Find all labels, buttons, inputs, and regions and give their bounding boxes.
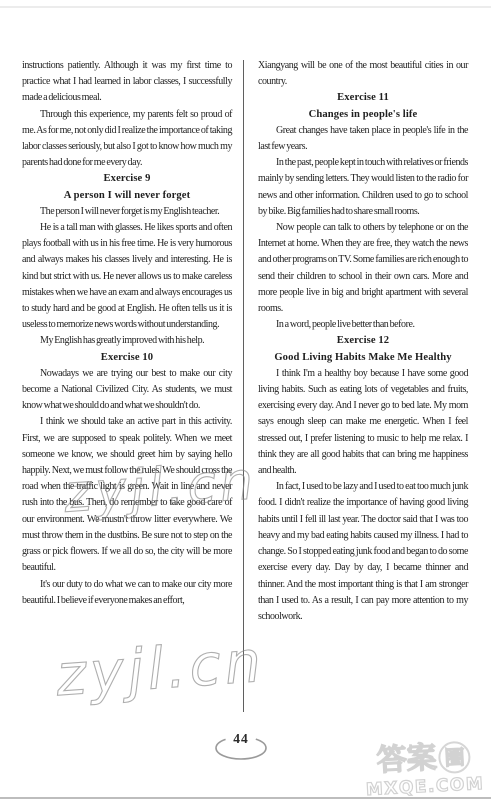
logo-circled-char-icon: 圈 bbox=[437, 741, 471, 775]
column-divider bbox=[243, 60, 244, 712]
exercise-heading: Exercise 9 bbox=[22, 171, 232, 187]
logo-circled-char: 圈 bbox=[444, 745, 465, 770]
essay-paragraph: Great changes have taken place in people… bbox=[258, 123, 468, 155]
answer-circle-watermark-logo: 答案圈 MXQE.COM bbox=[363, 739, 484, 800]
essay-paragraph: In the past, people kept in touch with r… bbox=[258, 155, 468, 220]
essay-paragraph: instructions patiently. Although it was … bbox=[22, 58, 232, 107]
left-column: instructions patiently. Although it was … bbox=[22, 58, 232, 609]
exercise-heading: Exercise 12 bbox=[258, 333, 468, 349]
exercise-heading: Exercise 10 bbox=[22, 350, 232, 366]
scanned-workbook-page: instructions patiently. Although it was … bbox=[0, 0, 491, 800]
essay-paragraph: I think we should take an active part in… bbox=[22, 414, 232, 576]
essay-paragraph: Xiangyang will be one of the most beauti… bbox=[258, 58, 468, 90]
essay-title: Good Living Habits Make Me Healthy bbox=[258, 350, 468, 366]
page-number: 44 bbox=[212, 731, 270, 747]
essay-paragraph: In a word, people live better than befor… bbox=[258, 317, 468, 333]
essay-paragraph: Nowadays we are trying our best to make … bbox=[22, 366, 232, 415]
essay-paragraph: In fact, I used to be lazy and I used to… bbox=[258, 479, 468, 625]
essay-paragraph: I think I'm a healthy boy because I have… bbox=[258, 366, 468, 479]
page-bottom-edge bbox=[0, 797, 491, 799]
logo-cn-text: 答案 bbox=[375, 740, 437, 778]
essay-paragraph: Now people can talk to others by telepho… bbox=[258, 220, 468, 317]
essay-paragraph: It's our duty to do what we can to make … bbox=[22, 577, 232, 609]
logo-cn-row: 答案圈 bbox=[363, 739, 483, 779]
exercise-heading: Exercise 11 bbox=[258, 90, 468, 106]
essay-paragraph: My English has greatly improved with his… bbox=[22, 333, 232, 349]
essay-title: A person I will never forget bbox=[22, 188, 232, 204]
essay-paragraph: The person I will never forget is my Eng… bbox=[22, 204, 232, 220]
right-column: Xiangyang will be one of the most beauti… bbox=[258, 58, 468, 625]
page-top-edge bbox=[0, 6, 491, 8]
essay-paragraph: Through this experience, my parents felt… bbox=[22, 107, 232, 172]
essay-title: Changes in people's life bbox=[258, 107, 468, 123]
page-number-ornament: 44 bbox=[212, 731, 270, 765]
page-content: instructions patiently. Although it was … bbox=[22, 58, 468, 712]
essay-paragraph: He is a tall man with glasses. He likes … bbox=[22, 220, 232, 333]
